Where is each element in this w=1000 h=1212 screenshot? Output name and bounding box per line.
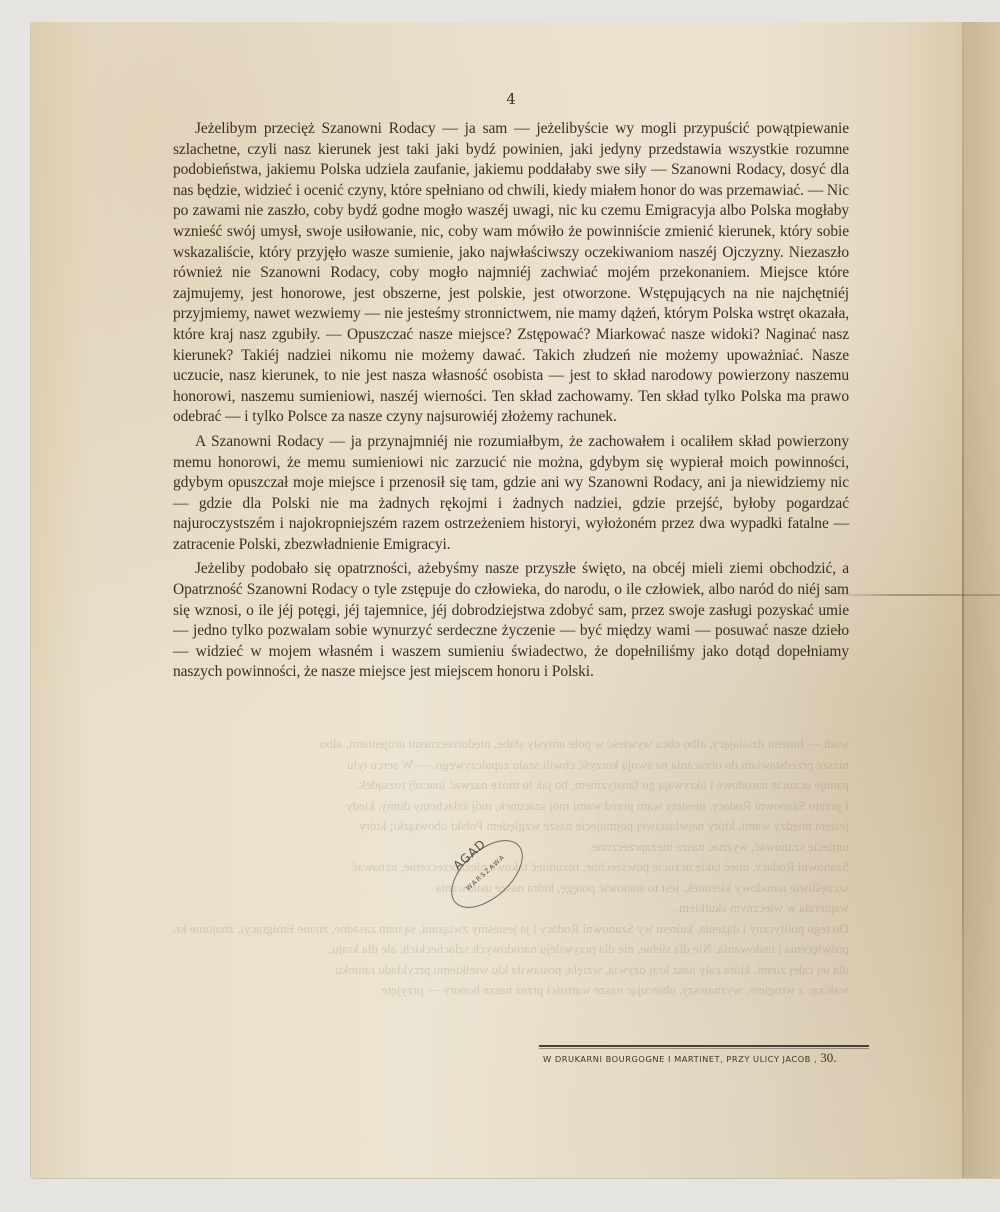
printer-imprint: W DRUKARNI BOURGOGNE I MARTINET, PRZY UL… (543, 1050, 903, 1066)
page-number: 4 (31, 90, 991, 108)
bleed-line: wspierała w wiecznym skutkiem. (173, 898, 849, 919)
horizontal-fold-line (831, 594, 1000, 596)
bleed-line: jestem między wami, który najwłaściwéj p… (173, 816, 849, 837)
imprint-text: W DRUKARNI BOURGOGNE I MARTINET, PRZY UL… (543, 1054, 820, 1064)
paragraph-2: A Szanowni Rodacy — ja przynajmniéj nie … (173, 432, 849, 556)
folded-edge (964, 22, 1000, 1178)
paragraph-3: Jeżeliby podobało się opatrzności, ażeby… (173, 559, 849, 683)
footer-rule (539, 1045, 869, 1047)
bleed-line: poświęcenia i usiłowania. Nie dla siebie… (173, 939, 849, 960)
vertical-fold-line (962, 22, 964, 1178)
bleed-line: Do tego polityczny i dążenia, którem wy … (173, 919, 849, 940)
paragraph-1: Jeżelibym przecięż Szanowni Rodacy — ja … (173, 119, 849, 428)
bleed-line: panuje uczucie narodowe i ukrywają go fa… (173, 775, 849, 796)
bleed-line: walcząc z wrogiem, wyznawszy, obiecując … (173, 980, 849, 1001)
footer-rule-thin (539, 1048, 869, 1049)
bleed-line: I przeto Szanowni Rodacy, niestety wam p… (173, 796, 849, 817)
bleed-line: niższe przedstawiam do obracania na swoj… (173, 755, 849, 776)
bleed-line: wadi — Innemi dzialający, albo obca wywi… (173, 734, 849, 755)
body-text: Jeżelibym przecięż Szanowni Rodacy — ja … (173, 119, 849, 687)
imprint-number: 30. (820, 1050, 836, 1065)
bleed-line: dla tej całej ziemi, która cały nasz kra… (173, 960, 849, 981)
document-page: 4 Jeżelibym przecięż Szanowni Rodacy — j… (31, 22, 1000, 1178)
